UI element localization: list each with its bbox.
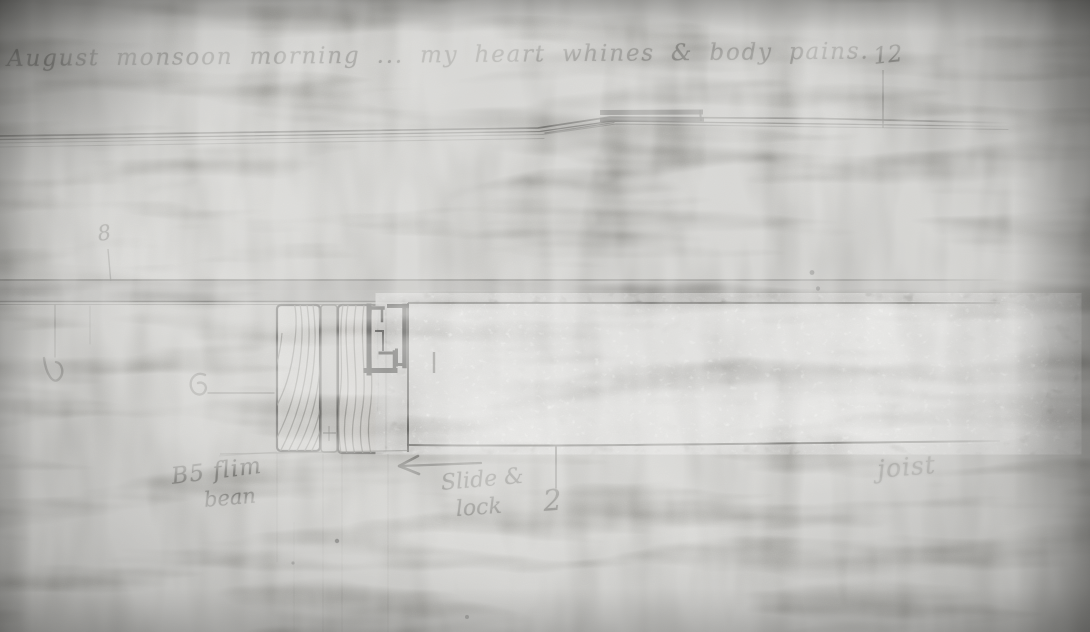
joist-bottom-line: [407, 441, 1000, 446]
paper-texture-mottle: [0, 0, 1090, 632]
slide-lock-arrowhead: [399, 456, 419, 474]
slide-lock-arrow: [401, 463, 481, 466]
joist-body: [407, 301, 1049, 452]
slide-lock-label-line2: lock: [455, 494, 503, 522]
caption-handwriting: August monsoon morning ... my heart whin…: [7, 38, 870, 72]
ceiling-section-lines: [0, 117, 1008, 147]
ref-2-label: 2: [542, 483, 563, 518]
paper-texture-fibers: [0, 0, 1090, 632]
joist-label: joist: [876, 450, 937, 484]
wood-block-left: [262, 302, 329, 454]
beam-label-line2: bean: [203, 483, 257, 511]
v-mark: [44, 358, 62, 381]
pencil-linework: [0, 0, 1090, 632]
j-curl-mark: [191, 374, 206, 395]
photo-vignette: [0, 0, 1090, 632]
ref-12-label: 12: [872, 41, 904, 70]
ref-8-label: 8: [96, 220, 113, 246]
wood-block-right: [338, 305, 386, 454]
slide-lock-label-line1: Slide &: [440, 464, 525, 496]
shadow-gap-bar: [600, 110, 704, 123]
ghost-smudges: [150, 152, 778, 228]
slab-band: [0, 280, 1008, 305]
sketch-photo: August monsoon morning ... my heart whin…: [0, 0, 1090, 632]
slide-lock-clip-left: [366, 306, 395, 373]
ink-specks: [291, 270, 820, 619]
ref-8-leader: [108, 249, 111, 284]
packing-strip: [321, 305, 337, 452]
leader-marks: [44, 305, 274, 394]
slide-lock-clip: [366, 306, 407, 373]
slide-lock-clip-right: [389, 306, 407, 366]
